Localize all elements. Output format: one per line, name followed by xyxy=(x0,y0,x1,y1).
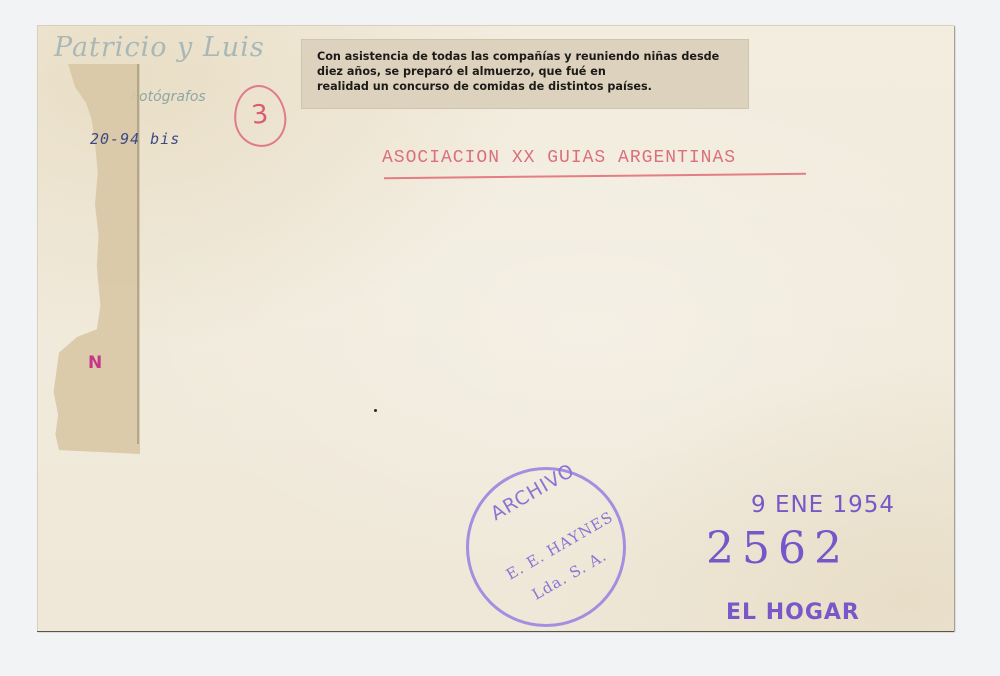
archive-stamp-title: ARCHIVO xyxy=(487,459,579,525)
date-stamp: 9 ENE 1954 xyxy=(751,492,895,518)
tape-handwritten-mark: N xyxy=(88,353,102,373)
clipping-text: Con asistencia de todas las compañías y … xyxy=(317,49,743,94)
circled-number: 3 xyxy=(231,82,289,149)
handwritten-code: 20-94 bis xyxy=(90,130,180,148)
studio-subtitle: Fotógrafos xyxy=(131,89,206,105)
typed-heading: ASOCIACION XX GUIAS ARGENTINAS xyxy=(382,148,736,168)
clipping-line: Con asistencia de todas las compañías y … xyxy=(317,49,743,64)
photo-back-card: Patricio y Luis Fotógrafos N 20-94 bis 3… xyxy=(37,25,954,631)
heading-underline xyxy=(384,173,806,179)
torn-paper-tape xyxy=(50,64,140,454)
clipping-line: diez años, se preparó el almuerzo, que f… xyxy=(317,64,743,79)
clipping-line: realidad un concurso de comidas de disti… xyxy=(317,79,743,94)
studio-name: Patricio y Luis xyxy=(54,32,265,63)
newspaper-clipping: Con asistencia de todas las compañías y … xyxy=(301,39,749,109)
number-stamp: 2562 xyxy=(706,523,850,574)
ink-speck xyxy=(374,409,377,412)
archive-stamp: ARCHIVO E. E. HAYNES Lda. S. A. xyxy=(466,467,626,627)
tape-edge-line xyxy=(137,64,139,444)
publication-stamp: EL HOGAR xyxy=(726,600,860,625)
